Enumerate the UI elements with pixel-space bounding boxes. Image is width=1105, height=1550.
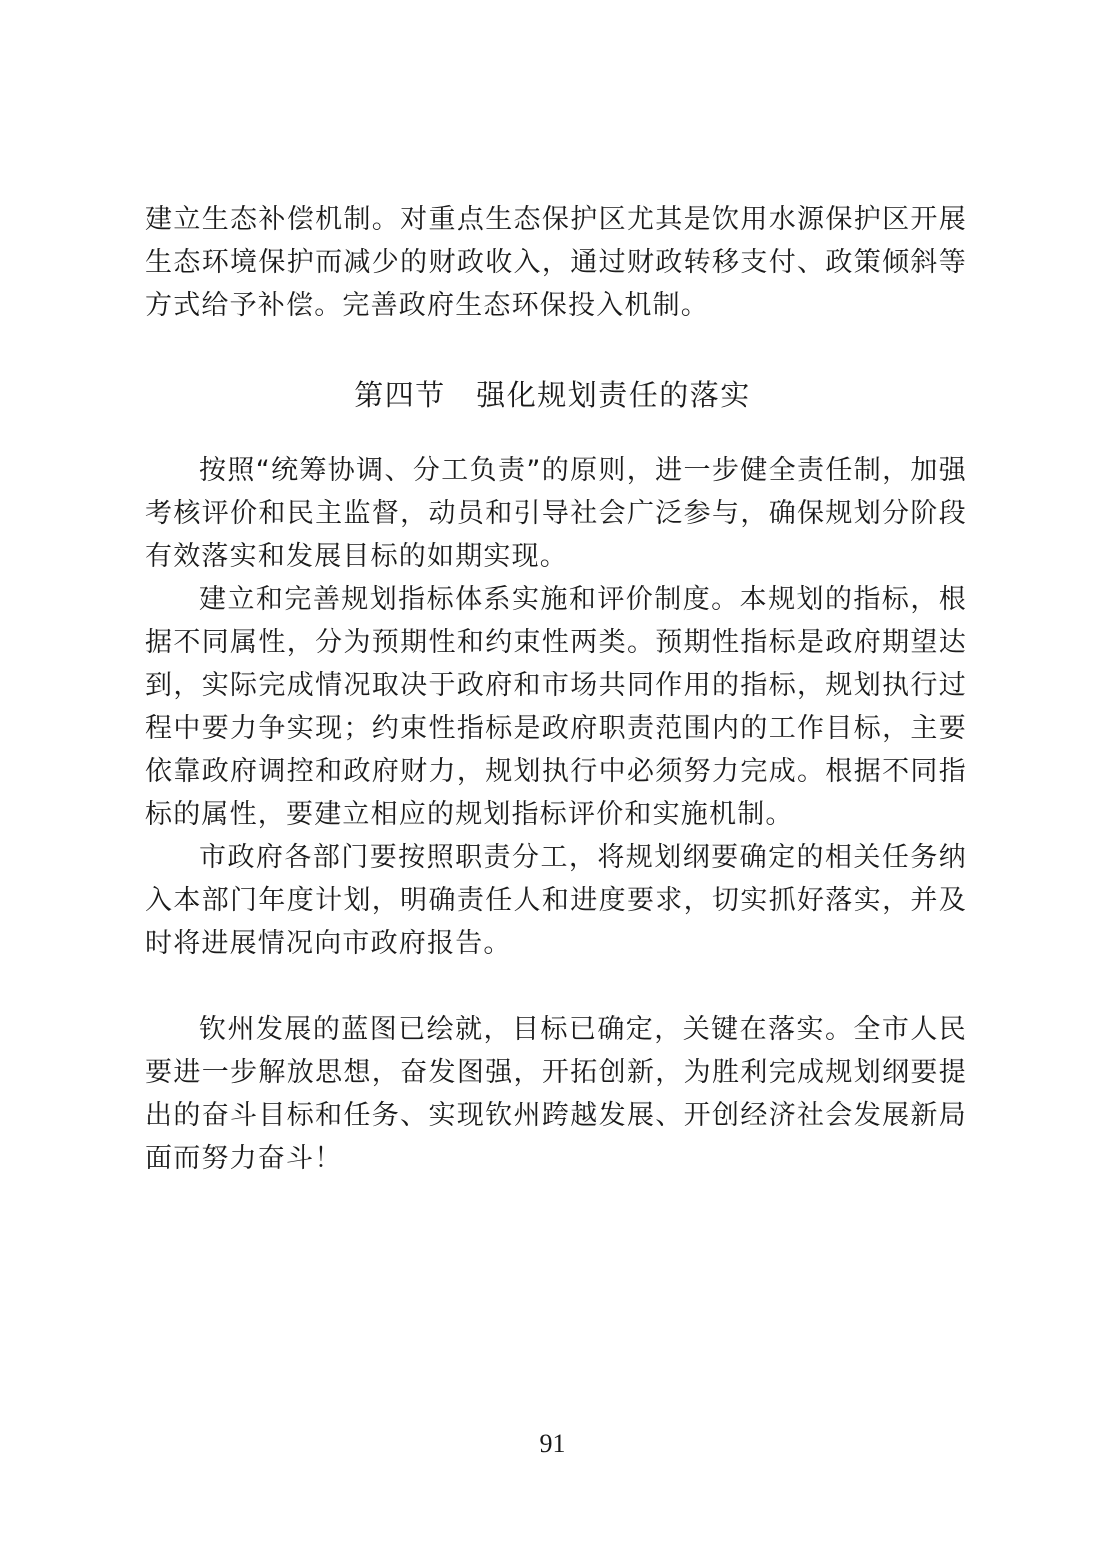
document-page: 建立生态补偿机制。对重点生态保护区尤其是饮用水源保护区开展生态环境保护而减少的财… — [0, 0, 1105, 1550]
paragraph-department-duties: 市政府各部门要按照职责分工，将规划纲要确定的相关任务纳入本部门年度计划，明确责任… — [145, 836, 967, 965]
section-body: 按照“统筹协调、分工负责”的原则，进一步健全责任制，加强考核评价和民主监督，动员… — [145, 449, 967, 965]
continued-paragraph-block: 建立生态补偿机制。对重点生态保护区尤其是饮用水源保护区开展生态环境保护而减少的财… — [145, 198, 967, 327]
paragraph-closing: 钦州发展的蓝图已绘就，目标已确定，关键在落实。全市人民要进一步解放思想，奋发图强… — [145, 1008, 967, 1180]
paragraph-principle: 按照“统筹协调、分工负责”的原则，进一步健全责任制，加强考核评价和民主监督，动员… — [145, 449, 967, 578]
section-heading: 第四节 强化规划责任的落实 — [0, 373, 1105, 417]
closing-block: 钦州发展的蓝图已绘就，目标已确定，关键在落实。全市人民要进一步解放思想，奋发图强… — [145, 1008, 967, 1180]
paragraph-indicator-system: 建立和完善规划指标体系实施和评价制度。本规划的指标，根据不同属性，分为预期性和约… — [145, 578, 967, 836]
paragraph-eco-compensation: 建立生态补偿机制。对重点生态保护区尤其是饮用水源保护区开展生态环境保护而减少的财… — [145, 198, 967, 327]
page-number: 91 — [0, 1428, 1105, 1460]
